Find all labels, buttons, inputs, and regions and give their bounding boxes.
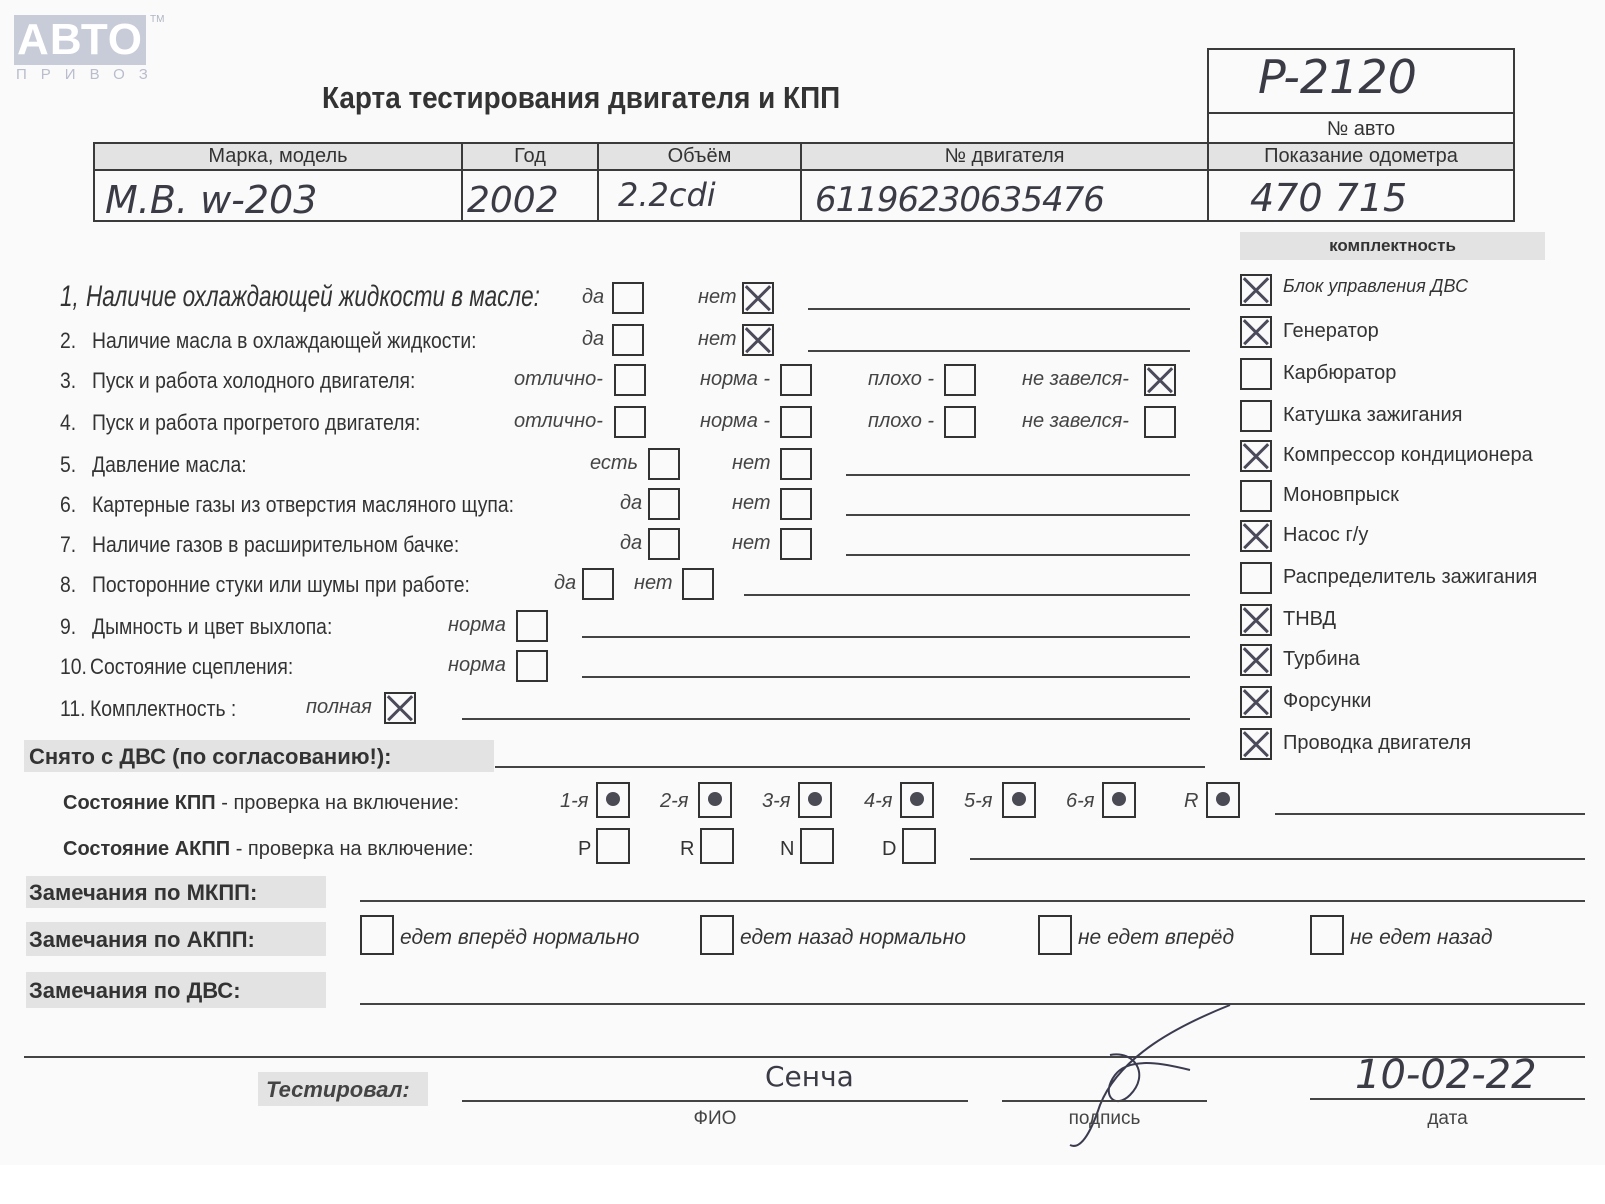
kpp-label: Состояние КПП - проверка на включение: [63,792,459,815]
option-label: не завелся- [1022,410,1129,433]
completeness-checkbox[interactable] [1240,728,1272,760]
akpp-gear-checkbox[interactable] [596,828,630,864]
option-label: есть [590,452,638,475]
notes-line[interactable] [462,718,1190,720]
signature[interactable] [1040,995,1240,1155]
akpp-remark-label: не едет назад [1350,926,1492,950]
question-label: Посторонние стуки или шумы при работе: [92,572,470,598]
option-label: нет [698,328,737,351]
completeness-checkbox[interactable] [1240,316,1272,348]
option-label: да [582,328,604,351]
date-value[interactable]: 10-02-22 [1355,1052,1537,1098]
gear-label: 3-я [762,790,790,813]
question-label: Дымность и цвет выхлопа: [92,614,332,640]
completeness-label: ТНВД [1283,608,1336,631]
option-label: отлично- [514,368,603,391]
notes-line[interactable] [582,636,1190,638]
question-label: 11. [60,696,85,722]
completeness-label: Катушка зажигания [1283,404,1463,427]
akpp-gear-checkbox[interactable] [800,828,834,864]
remarks-dvs-line-2[interactable] [24,1056,1585,1058]
completeness-label: Компрессор кондиционера [1283,444,1533,467]
gear-label: 6-я [1066,790,1094,813]
akpp-remark-label: едет назад нормально [740,926,966,950]
col-header-engine-number: № двигателя [802,145,1207,168]
completeness-title: комплектность [1240,236,1545,256]
akpp-remark-checkbox[interactable] [1310,915,1344,955]
notes-line[interactable] [582,676,1190,678]
option-checkbox[interactable] [612,324,644,356]
akpp-remark-checkbox[interactable] [700,915,734,955]
completeness-label: Распределитель зажигания [1283,566,1537,589]
notes-line[interactable] [744,594,1190,596]
completeness-label: Турбина [1283,648,1360,671]
engine-number-value[interactable]: 61196230635476 [815,180,1104,220]
remarks-dvs-line[interactable] [360,1003,1585,1005]
option-checkbox[interactable] [1144,406,1176,438]
option-checkbox[interactable] [780,448,812,480]
notes-line[interactable] [808,350,1190,352]
option-checkbox[interactable] [944,406,976,438]
question-label: 5. [60,452,76,478]
completeness-checkbox[interactable] [1240,644,1272,676]
odometer-value[interactable]: 470 715 [1250,176,1407,220]
gear-checkbox[interactable] [1206,782,1240,818]
akpp-remark-checkbox[interactable] [1038,915,1072,955]
completeness-checkbox[interactable] [1240,358,1272,390]
question-label: 1, [60,280,79,314]
divider [93,142,1515,144]
akpp-gear-label: N [780,838,794,861]
option-label: норма - [700,410,770,433]
option-checkbox[interactable] [742,282,774,314]
akpp-gear-checkbox[interactable] [700,828,734,864]
car-number-value[interactable]: P-2120 [1258,50,1417,104]
option-label: не завелся- [1022,368,1129,391]
question-label: Наличие масла в охлаждающей жидкости: [92,328,477,354]
page-title: Карта тестирования двигателя и КПП [322,80,840,116]
gear-checkbox[interactable] [798,782,832,818]
akpp-gear-checkbox[interactable] [902,828,936,864]
remarks-mkpp-line[interactable] [360,900,1585,902]
option-checkbox[interactable] [582,568,614,600]
completeness-checkbox[interactable] [1240,480,1272,512]
option-label: норма - [700,368,770,391]
option-checkbox[interactable] [780,488,812,520]
notes-line[interactable] [846,514,1190,516]
year-value[interactable]: 2002 [467,180,559,221]
gear-label: 5-я [964,790,992,813]
question-label: 8. [60,572,76,598]
option-checkbox[interactable] [516,610,548,642]
option-label: норма [448,614,506,637]
completeness-checkbox[interactable] [1240,562,1272,594]
car-number-label: № авто [1207,118,1515,141]
question-label: Наличие газов в расширительном бачке: [92,532,459,558]
question-label: Пуск и работа прогретого двигателя: [92,410,420,436]
option-label: да [582,286,604,309]
option-checkbox[interactable] [780,528,812,560]
notes-line[interactable] [808,308,1190,310]
remarks-akpp-label: Замечания по АКПП: [29,927,255,953]
gear-checkbox[interactable] [698,782,732,818]
option-label: плохо - [868,368,934,391]
question-label: 7. [60,532,76,558]
tester-name-line[interactable] [462,1100,968,1102]
removed-input-line[interactable] [495,766,1205,768]
akpp-gear-label: R [680,838,694,861]
completeness-label: Генератор [1283,320,1379,343]
akpp-remark-label: едет вперёд нормально [400,926,639,950]
option-checkbox[interactable] [1144,364,1176,396]
gear-checkbox[interactable] [1102,782,1136,818]
question-label: 10. [60,654,87,680]
question-label: Комплектность : [90,696,236,722]
gear-checkbox[interactable] [900,782,934,818]
option-checkbox[interactable] [648,528,680,560]
option-label: полная [306,696,372,719]
kpp-notes-line[interactable] [1275,813,1585,815]
question-label: 6. [60,492,76,518]
completeness-label: Форсунки [1283,690,1371,713]
question-label: Картерные газы из отверстия масляного щу… [92,492,514,518]
col-header-volume: Объём [599,145,800,168]
gear-checkbox[interactable] [1002,782,1036,818]
signature-line[interactable] [1002,1100,1207,1102]
question-label: Состояние сцепления: [90,654,293,680]
option-checkbox[interactable] [614,406,646,438]
volume-value[interactable]: 2.2cdi [618,176,716,214]
question-label: Давление масла: [92,452,247,478]
date-caption: дата [1310,1108,1585,1130]
option-checkbox[interactable] [384,692,416,724]
option-checkbox[interactable] [780,364,812,396]
akpp-gear-label: P [578,838,591,861]
option-label: нет [732,452,771,475]
akpp-notes-line[interactable] [970,858,1585,860]
gear-label: 1-я [560,790,588,813]
removed-label: Снято с ДВС (по согласованию!): [29,744,392,770]
option-label: да [620,492,642,515]
remarks-mkpp-label: Замечания по МКПП: [29,880,257,906]
option-label: да [620,532,642,555]
option-label: нет [698,286,737,309]
completeness-label: Моновпрыск [1283,484,1399,507]
question-label: Пуск и работа холодного двигателя: [92,368,415,394]
date-line[interactable] [1310,1098,1585,1100]
tester-name-caption: ФИО [462,1108,968,1130]
completeness-checkbox[interactable] [1240,400,1272,432]
completeness-label: Блок управления ДВС [1283,276,1468,297]
question-label: 3. [60,368,76,394]
logo-tm: TM [150,14,164,25]
question-label: 4. [60,410,76,436]
completeness-checkbox[interactable] [1240,604,1272,636]
option-checkbox[interactable] [944,364,976,396]
completeness-checkbox[interactable] [1240,520,1272,552]
col-header-year: Год [463,145,597,168]
model-value[interactable]: M.B. w-203 [105,178,317,222]
question-label: Наличие охлаждающей жидкости в масле: [86,280,540,314]
option-checkbox[interactable] [742,324,774,356]
completeness-checkbox[interactable] [1240,686,1272,718]
completeness-label: Проводка двигателя [1283,732,1471,755]
gear-checkbox[interactable] [596,782,630,818]
tester-name-value[interactable]: Сенча [765,1060,854,1093]
option-label: нет [634,572,673,595]
logo-subtitle: ПРИВОЗ [16,66,162,83]
akpp-remark-checkbox[interactable] [360,915,394,955]
paper-bottom-margin [0,1165,1605,1204]
option-label: норма [448,654,506,677]
tested-by-label: Тестировал: [266,1077,410,1103]
completeness-label: Карбюратор [1283,362,1396,385]
notes-line[interactable] [846,554,1190,556]
question-label: 2. [60,328,76,354]
completeness-checkbox[interactable] [1240,274,1272,306]
question-label: 9. [60,614,76,640]
option-label: нет [732,492,771,515]
remarks-dvs-label: Замечания по ДВС: [29,978,241,1004]
col-header-model: Марка, модель [95,145,461,168]
option-checkbox[interactable] [780,406,812,438]
option-checkbox[interactable] [614,364,646,396]
option-label: да [554,572,576,595]
completeness-label: Насос г/у [1283,524,1368,547]
logo: АВТО [14,15,146,65]
gear-label: 2-я [660,790,688,813]
option-label: плохо - [868,410,934,433]
akpp-gear-label: D [882,838,896,861]
divider [1207,112,1515,114]
notes-line[interactable] [846,474,1190,476]
option-label: отлично- [514,410,603,433]
gear-label: R [1184,790,1198,813]
divider [93,169,1515,171]
col-header-odometer: Показание одометра [1209,145,1513,168]
option-checkbox[interactable] [612,282,644,314]
option-checkbox[interactable] [648,448,680,480]
akpp-remark-label: не едет вперёд [1078,926,1234,950]
akpp-label: Состояние АКПП - проверка на включение: [63,838,474,861]
option-checkbox[interactable] [682,568,714,600]
completeness-checkbox[interactable] [1240,440,1272,472]
option-checkbox[interactable] [516,650,548,682]
signature-caption: подпись [1002,1108,1207,1130]
option-checkbox[interactable] [648,488,680,520]
option-label: нет [732,532,771,555]
gear-label: 4-я [864,790,892,813]
